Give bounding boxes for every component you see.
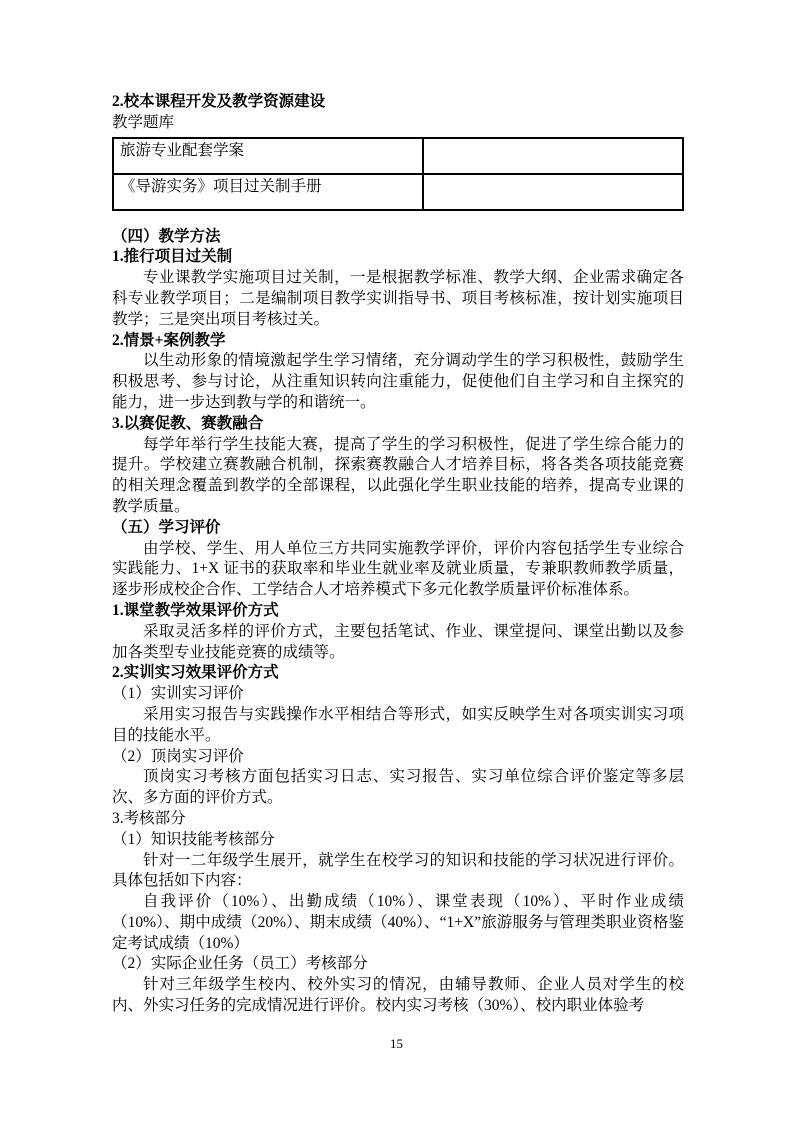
paragraph: 每学年举行学生技能大赛，提高了学生的学习积极性，促进了学生综合能力的提升。学校建… [112,435,684,518]
table-cell-label: 《导游实务》项目过关制手册 [113,174,423,210]
paragraph: 专业课教学实施项目过关制，一是根据教学标准、教学大纲、企业需求确定各科专业教学项… [112,268,684,330]
document-body: 2.校本课程开发及教学资源建设 教学题库 旅游专业配套学案 《导游实务》项目过关… [112,92,684,1017]
list-item-assessment-part: 3.考核部分 [112,809,684,830]
paragraph: 顶岗实习考核方面包括实习日志、实习报告、实习单位综合评价鉴定等多层次、多方面的评… [112,767,684,809]
list-item-knowledge-skill-assessment: （1）知识技能考核部分 [112,830,684,851]
paragraph: 以生动形象的情境激起学生学习情绪，充分调动学生的学习积极性，鼓励学生积极思考、参… [112,351,684,413]
paragraph: 针对三年级学生校内、校外实习的情况，由辅导教师、企业人员对学生的校内、外实习任务… [112,975,684,1017]
section-heading-learning-evaluation: （五）学习评价 [112,518,684,539]
paragraph-grade-weights: 自我评价（10%）、出勤成绩（10%）、课堂表现（10%）、平时作业成绩（10%… [112,892,684,954]
question-bank-table: 旅游专业配套学案 《导游实务》项目过关制手册 [112,137,684,211]
subheading-scenario-case-teaching: 2.情景+案例教学 [112,331,684,352]
document-page: 2.校本课程开发及教学资源建设 教学题库 旅游专业配套学案 《导游实务》项目过关… [0,0,793,1122]
list-item-practice-evaluation: （1）实训实习评价 [112,684,684,705]
paragraph: 采取灵活多样的评价方式，主要包括笔试、作业、课堂提问、课堂出勤以及参加各类型专业… [112,622,684,664]
section-heading-teaching-methods: （四）教学方法 [112,227,684,248]
list-item-internship-evaluation: （2）顶岗实习评价 [112,747,684,768]
paragraph: 由学校、学生、用人单位三方共同实施教学评价，评价内容包括学生专业综合实践能力、1… [112,539,684,601]
subheading-practice-evaluation: 2.实训实习效果评价方式 [112,663,684,684]
table-cell-value [423,174,683,210]
section-heading-curriculum: 2.校本课程开发及教学资源建设 [112,92,684,113]
table-row: 《导游实务》项目过关制手册 [113,174,683,210]
subheading-project-pass-system: 1.推行项目过关制 [112,247,684,268]
table-caption: 教学题库 [112,113,684,134]
subheading-competition-teaching: 3.以赛促教、赛教融合 [112,414,684,435]
paragraph: 采用实习报告与实践操作水平相结合等形式，如实反映学生对各项实训实习项目的技能水平… [112,705,684,747]
table-cell-label: 旅游专业配套学案 [113,138,423,174]
table-cell-value [423,138,683,174]
list-item-enterprise-task-assessment: （2）实际企业任务（员工）考核部分 [112,954,684,975]
page-number: 15 [0,1036,793,1052]
paragraph: 针对一二年级学生展开，就学生在校学习的知识和技能的学习状况进行评价。具体包括如下… [112,851,684,893]
table-row: 旅游专业配套学案 [113,138,683,174]
subheading-classroom-evaluation: 1.课堂教学效果评价方式 [112,601,684,622]
